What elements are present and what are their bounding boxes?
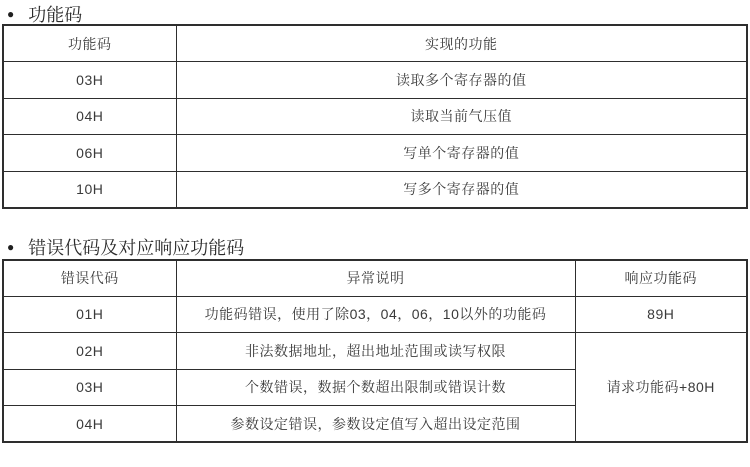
table-row: 02H 非法数据地址，超出地址范围或读写权限 请求功能码+80H <box>3 333 747 370</box>
header-cell-response-code: 响应功能码 <box>575 260 747 297</box>
cell-description: 非法数据地址，超出地址范围或读写权限 <box>176 333 575 370</box>
bullet-icon: ● <box>7 8 14 20</box>
cell-function: 读取当前气压值 <box>176 98 747 135</box>
table-row: 06H 写单个寄存器的值 <box>3 135 747 172</box>
table-row: 01H 功能码错误，使用了除03，04，06，10以外的功能码 89H <box>3 296 747 333</box>
cell-function: 写单个寄存器的值 <box>176 135 747 172</box>
document-page: ● 功能码 功能码 实现的功能 03H 读取多个寄存器的值 04H 读取当前气压… <box>0 0 750 443</box>
table-header-row: 错误代码 异常说明 响应功能码 <box>3 260 747 297</box>
cell-response-code: 89H <box>575 296 747 333</box>
error-code-table: 错误代码 异常说明 响应功能码 01H 功能码错误，使用了除03，04，06，1… <box>2 259 748 444</box>
section-title: 错误代码及对应响应功能码 <box>28 234 244 260</box>
header-cell-description: 异常说明 <box>176 260 575 297</box>
bullet-icon: ● <box>7 241 14 253</box>
section-title: 功能码 <box>28 1 82 27</box>
function-code-table: 功能码 实现的功能 03H 读取多个寄存器的值 04H 读取当前气压值 06H … <box>2 24 748 209</box>
cell-error-code: 02H <box>3 333 176 370</box>
section-heading-function-codes: ● 功能码 <box>0 0 750 24</box>
cell-function: 写多个寄存器的值 <box>176 171 747 208</box>
table-row: 03H 读取多个寄存器的值 <box>3 62 747 99</box>
cell-code: 06H <box>3 135 176 172</box>
header-cell-error-code: 错误代码 <box>3 260 176 297</box>
cell-response-code-merged: 请求功能码+80H <box>575 333 747 443</box>
cell-code: 10H <box>3 171 176 208</box>
cell-code: 04H <box>3 98 176 135</box>
cell-error-code: 03H <box>3 369 176 406</box>
cell-error-code: 04H <box>3 406 176 443</box>
cell-description: 个数错误，数据个数超出限制或错误计数 <box>176 369 575 406</box>
cell-code: 03H <box>3 62 176 99</box>
cell-description: 功能码错误，使用了除03，04，06，10以外的功能码 <box>176 296 575 333</box>
cell-function: 读取多个寄存器的值 <box>176 62 747 99</box>
header-cell-code: 功能码 <box>3 25 176 62</box>
section-heading-error-codes: ● 错误代码及对应响应功能码 <box>0 235 750 259</box>
table-header-row: 功能码 实现的功能 <box>3 25 747 62</box>
cell-description: 参数设定错误，参数设定值写入超出设定范围 <box>176 406 575 443</box>
table-row: 04H 读取当前气压值 <box>3 98 747 135</box>
table-row: 10H 写多个寄存器的值 <box>3 171 747 208</box>
cell-error-code: 01H <box>3 296 176 333</box>
header-cell-function: 实现的功能 <box>176 25 747 62</box>
